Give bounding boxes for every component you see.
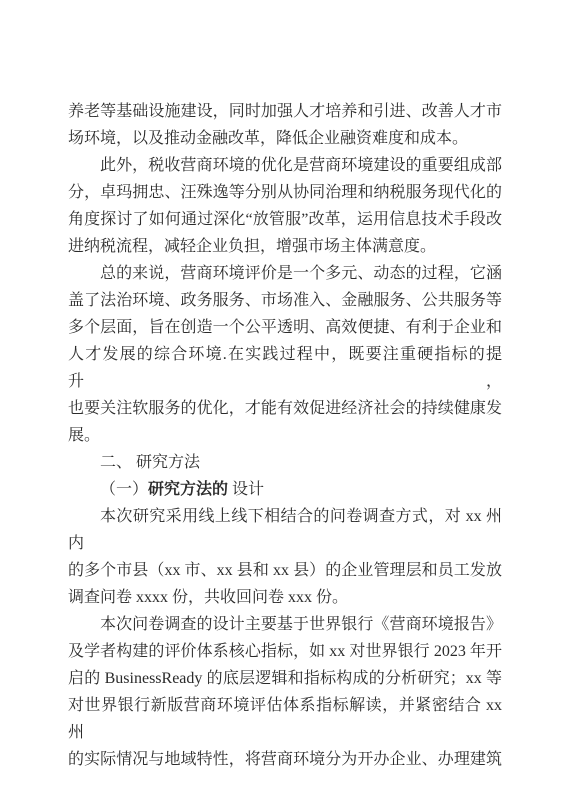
document-body: 养老等基础设施建设，同时加强人才培养和引进、改善人才市场环境，以及推动金融改革，… xyxy=(68,98,502,773)
text-line: 养老等基础设施建设，同时加强人才培养和引进、改善人才市 xyxy=(68,98,502,125)
body-text: 二、 研究方法 xyxy=(100,454,200,471)
body-text: 调查问卷 xxxx 份，共收回问卷 xxx 份。 xyxy=(68,589,348,606)
text-line: 总的来说，营商环境评价是一个多元、动态的过程，它涵 xyxy=(68,260,502,287)
text-line: 本次研究采用线上线下相结合的问卷调查方式，对 xx 州内 xyxy=(68,503,502,557)
body-text: 盖了法治环境、政务服务、市场准入、金融服务、公共服务等 xyxy=(68,292,502,309)
text-line: 此外，税收营商环境的优化是营商环境建设的重要组成部 xyxy=(68,152,502,179)
text-line: 进纳税流程，减轻企业负担，增强市场主体满意度。 xyxy=(68,233,502,260)
text-line: 人才发展的综合环境.在实践过程中，既要注重硬指标的提升， xyxy=(68,341,502,395)
body-text: （一） xyxy=(100,481,148,498)
document-page: 养老等基础设施建设，同时加强人才培养和引进、改善人才市场环境，以及推动金融改革，… xyxy=(0,0,570,807)
body-text: 场环境，以及推动金融改革，降低企业融资难度和成本。 xyxy=(68,130,468,147)
body-text: 分，卓玛拥忠、汪殊逸等分别从协同治理和纳税服务现代化的 xyxy=(68,184,502,201)
text-line: 调查问卷 xxxx 份，共收回问卷 xxx 份。 xyxy=(68,584,502,611)
text-line: 也要关注软服务的优化，才能有效促进经济社会的持续健康发 xyxy=(68,395,502,422)
para-questionnaire-design: 本次问卷调查的设计主要基于世界银行《营商环境报告》及学者构建的评价体系核心指标，… xyxy=(68,611,502,773)
text-line: 本次问卷调查的设计主要基于世界银行《营商环境报告》 xyxy=(68,611,502,638)
body-text: 的实际情况与地域特性，将营商环境分为开办企业、办理建筑 xyxy=(68,751,502,768)
text-line: 多个层面，旨在创造一个公平透明、高效便捷、有利于企业和 xyxy=(68,314,502,341)
para-summary-evaluation: 总的来说，营商环境评价是一个多元、动态的过程，它涵盖了法治环境、政务服务、市场准… xyxy=(68,260,502,449)
body-text: 对世界银行新版营商环境评估体系指标解读，并紧密结合 xx 州 xyxy=(68,697,502,741)
text-line: 的实际情况与地域特性，将营商环境分为开办企业、办理建筑 xyxy=(68,746,502,773)
body-text: 人才发展的综合环境.在实践过程中，既要注重硬指标的提升， xyxy=(68,346,502,390)
body-text: 及学者构建的评价体系核心指标，如 xx 对世界银行 2023 年开 xyxy=(68,643,502,660)
text-line: 分，卓玛拥忠、汪殊逸等分别从协同治理和纳税服务现代化的 xyxy=(68,179,502,206)
body-text: 也要关注软服务的优化，才能有效促进经济社会的持续健康发 xyxy=(68,400,502,417)
text-line: 场环境，以及推动金融改革，降低企业融资难度和成本。 xyxy=(68,125,502,152)
subheading-method-design: （一）研究方法的 设计 xyxy=(68,476,502,503)
text-line: 展。 xyxy=(68,422,502,449)
text-line: 对世界银行新版营商环境评估体系指标解读，并紧密结合 xx 州 xyxy=(68,692,502,746)
body-text: 进纳税流程，减轻企业负担，增强市场主体满意度。 xyxy=(68,238,436,255)
body-text: 角度探讨了如何通过深化“放管服”改革，运用信息技术手段改 xyxy=(68,211,502,228)
para-survey-method: 本次研究采用线上线下相结合的问卷调查方式，对 xx 州内的多个市县（xx 市、x… xyxy=(68,503,502,611)
body-text: 本次研究采用线上线下相结合的问卷调查方式，对 xx 州内 xyxy=(68,508,502,552)
para-tax-business-environment: 此外，税收营商环境的优化是营商环境建设的重要组成部分，卓玛拥忠、汪殊逸等分别从协… xyxy=(68,152,502,260)
body-text: 多个层面，旨在创造一个公平透明、高效便捷、有利于企业和 xyxy=(68,319,502,336)
bold-text: 研究方法的 xyxy=(148,481,228,498)
text-line: 的多个市县（xx 市、xx 县和 xx 县）的企业管理层和员工发放 xyxy=(68,557,502,584)
heading-research-methods: 二、 研究方法 xyxy=(68,449,502,476)
body-text: 此外，税收营商环境的优化是营商环境建设的重要组成部 xyxy=(100,157,502,174)
body-text: 养老等基础设施建设，同时加强人才培养和引进、改善人才市 xyxy=(68,103,502,120)
body-text: 总的来说，营商环境评价是一个多元、动态的过程，它涵 xyxy=(100,265,502,282)
para-infrastructure-continuation: 养老等基础设施建设，同时加强人才培养和引进、改善人才市场环境，以及推动金融改革，… xyxy=(68,98,502,152)
body-text: 的多个市县（xx 市、xx 县和 xx 县）的企业管理层和员工发放 xyxy=(68,562,502,579)
body-text: 展。 xyxy=(68,427,100,444)
text-line: 角度探讨了如何通过深化“放管服”改革，运用信息技术手段改 xyxy=(68,206,502,233)
body-text: 本次问卷调查的设计主要基于世界银行《营商环境报告》 xyxy=(100,616,502,633)
text-line: 及学者构建的评价体系核心指标，如 xx 对世界银行 2023 年开 xyxy=(68,638,502,665)
text-line: 盖了法治环境、政务服务、市场准入、金融服务、公共服务等 xyxy=(68,287,502,314)
text-line: 二、 研究方法 xyxy=(68,449,502,476)
text-line: 启的 BusinessReady 的底层逻辑和指标构成的分析研究；xx 等 xyxy=(68,665,502,692)
body-text: 启的 BusinessReady 的底层逻辑和指标构成的分析研究；xx 等 xyxy=(68,670,502,687)
text-line: （一）研究方法的 设计 xyxy=(68,476,502,503)
body-text: 设计 xyxy=(228,481,264,498)
